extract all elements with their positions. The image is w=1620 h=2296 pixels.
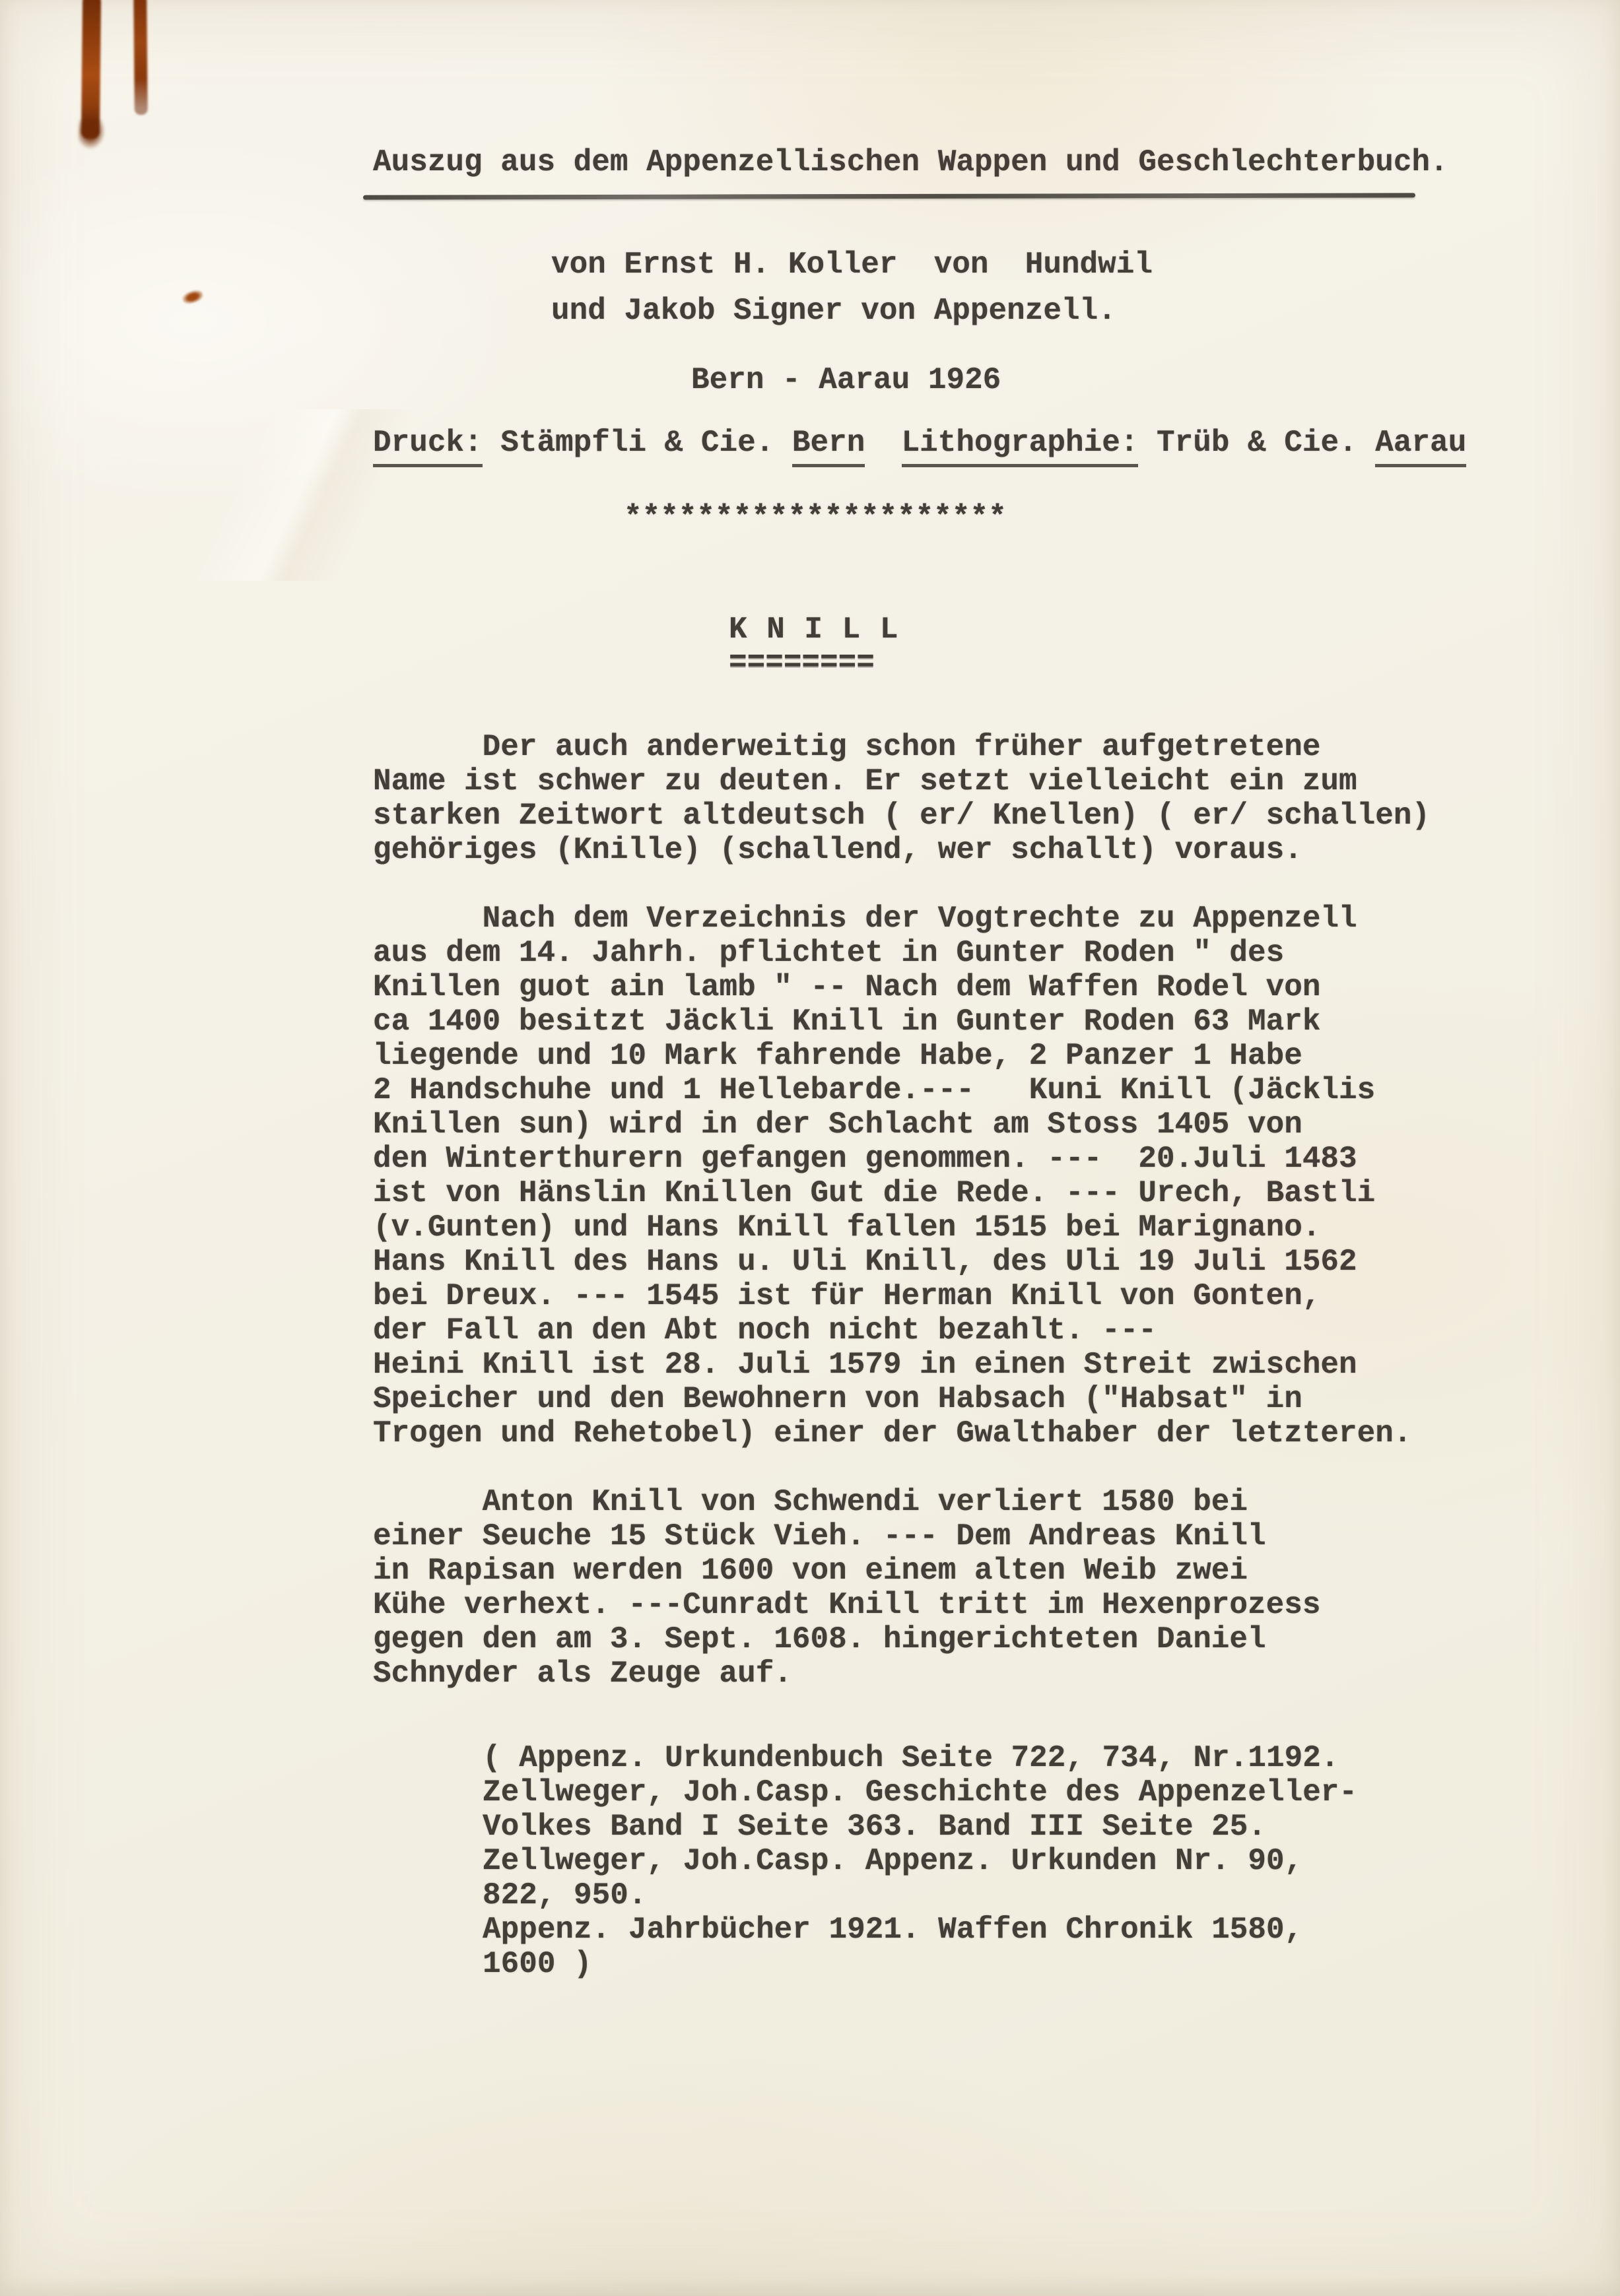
imprint-bern: Bern (792, 426, 865, 467)
asterisk-separator: ********************* (624, 500, 1007, 535)
imprint-lithographer-name: Trüb & Cie. (1138, 426, 1375, 460)
rust-spot (181, 288, 205, 306)
imprint-lithographie-label: Lithographie: (902, 426, 1139, 467)
imprint-gap (865, 426, 901, 460)
heading-underline: ======== (729, 645, 875, 680)
imprint-printer-name: Stämpfli & Cie. (483, 426, 792, 460)
imprint-aarau: Aarau (1375, 426, 1466, 467)
rust-stain-1 (81, 0, 101, 139)
imprint-druck-label: Druck: (373, 426, 483, 467)
paragraph-history: Nach dem Verzeichnis der Vogtrechte zu A… (373, 902, 1411, 1451)
rust-stain-2 (133, 0, 148, 115)
family-name-heading: K N I L L (729, 612, 898, 647)
author-line-2: und Jakob Signer von Appenzell. (551, 294, 1116, 328)
paragraph-anecdotes: Anton Knill von Schwendi verliert 1580 b… (373, 1485, 1320, 1691)
title-underline (363, 193, 1415, 199)
references-block: ( Appenz. Urkundenbuch Seite 722, 734, N… (483, 1741, 1357, 1981)
publication-place-year: Bern - Aarau 1926 (691, 363, 1001, 397)
paragraph-etymology: Der auch anderweitig schon früher aufget… (373, 730, 1430, 867)
author-line-1: von Ernst H. Koller von Hundwil (551, 247, 1153, 282)
document-title: Auszug aus dem Appenzellischen Wappen un… (373, 145, 1448, 180)
imprint-line: Druck: Stämpfli & Cie. Bern Lithographie… (373, 426, 1466, 460)
document-page: Auszug aus dem Appenzellischen Wappen un… (0, 0, 1620, 2296)
